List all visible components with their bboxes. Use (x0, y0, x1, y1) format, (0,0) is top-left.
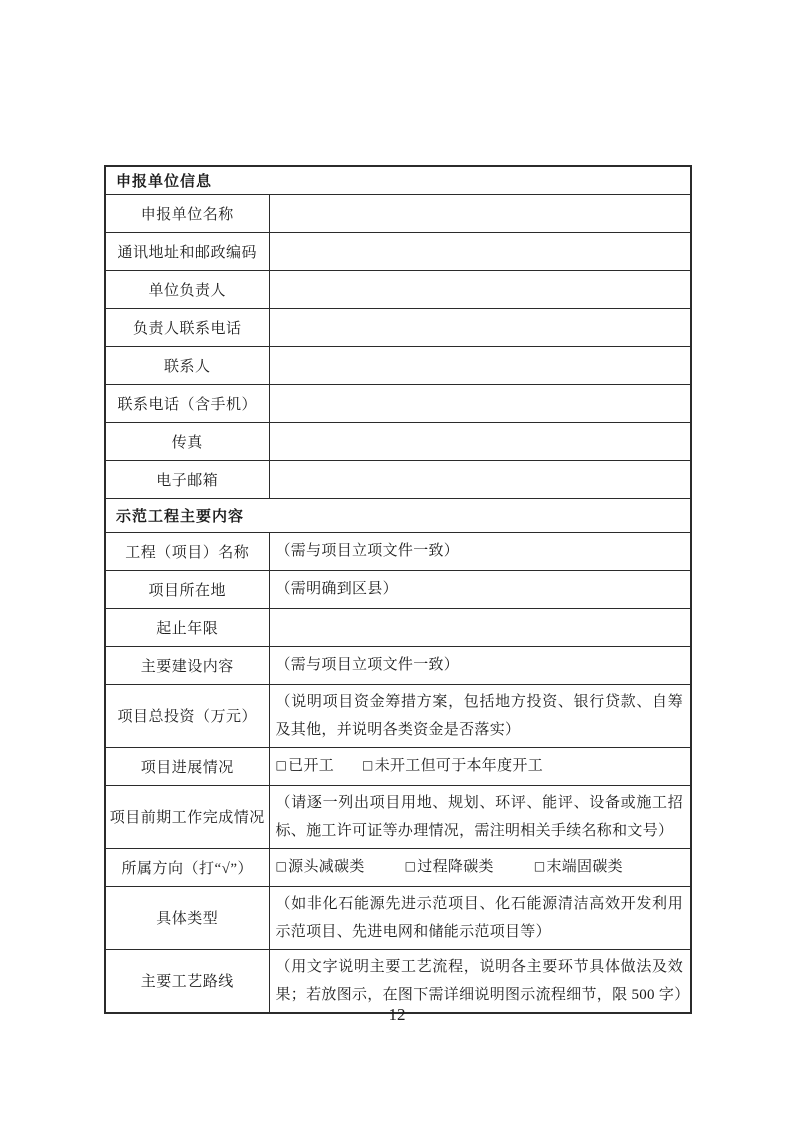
label-contact-phone: 联系电话（含手机） (105, 384, 269, 422)
value-construction-content: （需与项目立项文件一致） (269, 646, 691, 684)
value-contact-person (269, 346, 691, 384)
label-project-duration: 起止年限 (105, 608, 269, 646)
value-contact-phone (269, 384, 691, 422)
value-applicant-name (269, 194, 691, 232)
checkbox-option-process-reduction: □过程降碳类 (405, 853, 494, 881)
label-direction-category: 所属方向（打“√”） (105, 848, 269, 886)
table-row-project-progress: 项目进展情况 □已开工 □未开工但可于本年度开工 (105, 747, 691, 785)
table-row-preliminary-work: 项目前期工作完成情况 （请逐一列出项目用地、规划、环评、能评、设备或施工招标、施… (105, 785, 691, 848)
label-email: 电子邮箱 (105, 460, 269, 498)
table-row-unit-head: 单位负责人 (105, 270, 691, 308)
label-head-phone: 负责人联系电话 (105, 308, 269, 346)
application-form-table: 申报单位信息 申报单位名称 通讯地址和邮政编码 单位负责人 负责人联系电话 联系… (104, 165, 692, 1014)
section-title-applicant-info: 申报单位信息 (105, 166, 691, 194)
value-head-phone (269, 308, 691, 346)
label-project-progress: 项目进展情况 (105, 747, 269, 785)
checkbox-unchecked-icon: □ (276, 852, 288, 880)
table-row-head-phone: 负责人联系电话 (105, 308, 691, 346)
checkbox-unchecked-icon: □ (362, 751, 374, 779)
section-header-row-applicant-info: 申报单位信息 (105, 166, 691, 194)
table-row-address-postcode: 通讯地址和邮政编码 (105, 232, 691, 270)
table-row-applicant-name: 申报单位名称 (105, 194, 691, 232)
table-row-direction-category: 所属方向（打“√”） □源头减碳类 □过程降碳类 □末端固碳类 (105, 848, 691, 886)
table-row-specific-type: 具体类型 （如非化石能源先进示范项目、化石能源清洁高效开发利用示范项目、先进电网… (105, 886, 691, 949)
value-total-investment: （说明项目资金筹措方案，包括地方投资、银行贷款、自筹及其他，并说明各类资金是否落… (269, 684, 691, 747)
table-row-project-location: 项目所在地 （需明确到区县） (105, 570, 691, 608)
page-number: 12 (0, 1005, 794, 1025)
label-construction-content: 主要建设内容 (105, 646, 269, 684)
label-project-name: 工程（项目）名称 (105, 532, 269, 570)
value-project-duration (269, 608, 691, 646)
table-row-project-name: 工程（项目）名称 （需与项目立项文件一致） (105, 532, 691, 570)
label-address-postcode: 通讯地址和邮政编码 (105, 232, 269, 270)
value-address-postcode (269, 232, 691, 270)
checkbox-option-started: □已开工 (276, 752, 335, 780)
table-row-contact-person: 联系人 (105, 346, 691, 384)
label-applicant-name: 申报单位名称 (105, 194, 269, 232)
checkbox-option-label: 已开工 (288, 752, 334, 780)
checkbox-unchecked-icon: □ (276, 751, 288, 779)
label-fax: 传真 (105, 422, 269, 460)
checkbox-unchecked-icon: □ (534, 852, 546, 880)
checkbox-option-end-fixation: □末端固碳类 (534, 853, 623, 881)
table-row-contact-phone: 联系电话（含手机） (105, 384, 691, 422)
label-unit-head: 单位负责人 (105, 270, 269, 308)
value-specific-type: （如非化石能源先进示范项目、化石能源清洁高效开发利用示范项目、先进电网和储能示范… (269, 886, 691, 949)
value-process-route: （用文字说明主要工艺流程，说明各主要环节具体做法及效果；若放图示，在图下需详细说… (269, 949, 691, 1013)
checkbox-option-label: 源头减碳类 (288, 853, 365, 881)
checkbox-option-source-reduction: □源头减碳类 (276, 853, 365, 881)
label-contact-person: 联系人 (105, 346, 269, 384)
value-email (269, 460, 691, 498)
table-row-fax: 传真 (105, 422, 691, 460)
value-project-progress: □已开工 □未开工但可于本年度开工 (269, 747, 691, 785)
label-specific-type: 具体类型 (105, 886, 269, 949)
label-process-route: 主要工艺路线 (105, 949, 269, 1013)
section-title-project-content: 示范工程主要内容 (105, 498, 691, 532)
table-row-process-route: 主要工艺路线 （用文字说明主要工艺流程，说明各主要环节具体做法及效果；若放图示，… (105, 949, 691, 1013)
label-project-location: 项目所在地 (105, 570, 269, 608)
value-project-name: （需与项目立项文件一致） (269, 532, 691, 570)
table-row-email: 电子邮箱 (105, 460, 691, 498)
value-preliminary-work: （请逐一列出项目用地、规划、环评、能评、设备或施工招标、施工许可证等办理情况，需… (269, 785, 691, 848)
checkbox-option-label: 未开工但可于本年度开工 (375, 752, 543, 780)
value-unit-head (269, 270, 691, 308)
document-page: 申报单位信息 申报单位名称 通讯地址和邮政编码 单位负责人 负责人联系电话 联系… (0, 0, 794, 1123)
value-fax (269, 422, 691, 460)
checkbox-unchecked-icon: □ (405, 852, 417, 880)
checkbox-option-label: 末端固碳类 (546, 853, 623, 881)
label-total-investment: 项目总投资（万元） (105, 684, 269, 747)
value-direction-category: □源头减碳类 □过程降碳类 □末端固碳类 (269, 848, 691, 886)
table-row-project-duration: 起止年限 (105, 608, 691, 646)
table-row-total-investment: 项目总投资（万元） （说明项目资金筹措方案，包括地方投资、银行贷款、自筹及其他，… (105, 684, 691, 747)
table-row-construction-content: 主要建设内容 （需与项目立项文件一致） (105, 646, 691, 684)
value-project-location: （需明确到区县） (269, 570, 691, 608)
checkbox-option-not-started: □未开工但可于本年度开工 (362, 752, 543, 780)
checkbox-option-label: 过程降碳类 (417, 853, 494, 881)
label-preliminary-work: 项目前期工作完成情况 (105, 785, 269, 848)
section-header-row-project-content: 示范工程主要内容 (105, 498, 691, 532)
